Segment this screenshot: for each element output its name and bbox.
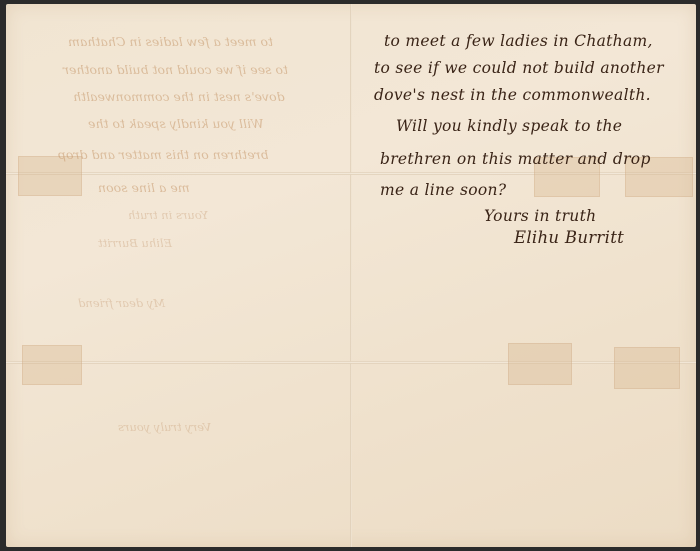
signature: Elihu Burritt: [514, 228, 624, 247]
letter-line: me a line soon?: [380, 181, 506, 199]
bleed-through-line: Very truly yours: [118, 420, 211, 434]
bleed-through-line: Elihu Burritt: [98, 236, 172, 250]
letter-line: to meet a few ladies in Chatham,: [384, 32, 653, 50]
bleed-through-line: dove's nest in the commonwealth: [73, 89, 285, 104]
letter-line: dove's nest in the commonwealth.: [374, 86, 651, 104]
letter-line: Will you kindly speak to the: [396, 117, 622, 135]
bleed-through-line: brethren on this matter and drop: [58, 147, 269, 162]
bleed-through-line: Will you kindly speak to the: [88, 116, 264, 131]
vertical-fold-crease: [350, 4, 352, 547]
bleed-through-line: to meet a few ladies in Chatham: [68, 34, 273, 49]
bleed-through-line: me a line soon: [98, 180, 190, 195]
left-page: to meet a few ladies in Chatham to see i…: [8, 0, 348, 551]
bleed-through-line: My dear friend: [78, 296, 165, 310]
letter-line: to see if we could not build another: [374, 59, 664, 77]
bleed-through-line: to see if we could not build another: [63, 62, 288, 77]
letter-closing: Yours in truth: [484, 207, 596, 225]
bleed-through-line: Yours in truth: [128, 208, 208, 222]
right-page: to meet a few ladies in Chatham, to see …: [360, 0, 700, 551]
letter-line: brethren on this matter and drop: [380, 150, 651, 168]
